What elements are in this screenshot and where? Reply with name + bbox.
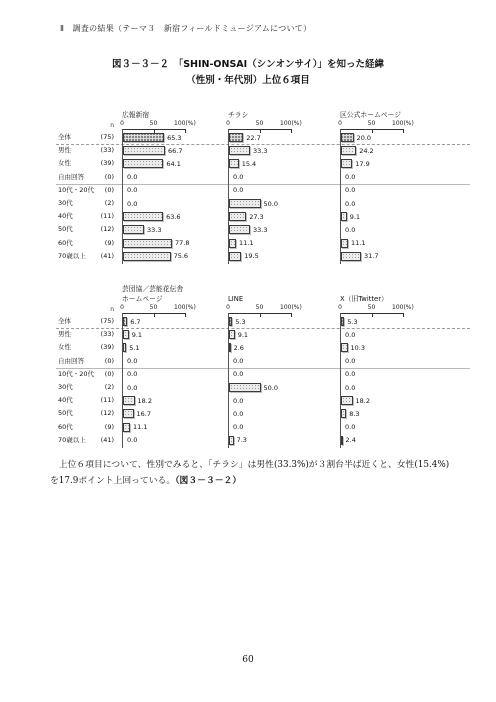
axis-tick-label-50: 50	[252, 120, 268, 127]
bar-value-label: 0.0	[127, 186, 137, 195]
bar	[229, 383, 261, 392]
axis-tick	[291, 314, 292, 317]
bar	[229, 225, 250, 234]
bar-value-label: 0.0	[127, 436, 137, 445]
bar-value-label: 0.0	[345, 226, 355, 235]
bar	[229, 239, 236, 248]
figure-reference: （図３－３－２）	[175, 476, 241, 486]
axis-tick-label-0: 0	[336, 304, 344, 311]
n-value: (11)	[90, 394, 114, 407]
bar-value-label: 0.0	[233, 397, 243, 406]
bar-value-label: 0.0	[345, 357, 355, 366]
bar-value-label: 2.6	[234, 344, 244, 353]
bar	[123, 225, 144, 234]
bar-value-label: 77.8	[175, 239, 189, 248]
bar	[229, 436, 234, 445]
report-page: Ⅱ 調査の結果（テーマ３ 新宿フィールドミュージアムについて） 図３－３－２ 「…	[0, 0, 496, 702]
bar-value-label: 64.1	[166, 160, 180, 169]
bar	[229, 212, 246, 221]
bar-value-label: 10.3	[351, 344, 365, 353]
group-separator-dashed	[56, 144, 470, 145]
bar-value-label: 5.3	[235, 318, 245, 327]
charts-grid: n全体(75)男性(33)女性(39)自由回答(0)10代・20代(0)30代(…	[0, 0, 496, 702]
bar	[123, 343, 126, 352]
axis-tick-label-100: 100(%)	[392, 304, 426, 311]
bar-value-label: 0.0	[233, 370, 243, 379]
group-separator-solid	[56, 184, 470, 185]
bar-value-label: 0.0	[345, 384, 355, 393]
group-separator-solid	[56, 368, 470, 369]
axis-tick-label-0: 0	[224, 120, 232, 127]
bar-value-label: 0.0	[345, 423, 355, 432]
bar-value-label: 15.4	[242, 160, 256, 169]
bar-value-label: 5.1	[129, 344, 139, 353]
bar	[229, 146, 250, 155]
bar-value-label: 9.1	[132, 331, 142, 340]
bar-value-label: 0.0	[127, 384, 137, 393]
chart-title: 区公式ホームページ	[340, 100, 401, 120]
n-value: (33)	[90, 144, 114, 157]
bar-value-label: 75.6	[174, 252, 188, 261]
chart-title-line: ホームページ	[122, 295, 183, 305]
bar-value-label: 0.0	[233, 423, 243, 432]
bar	[341, 396, 353, 405]
bar-value-label: 9.1	[350, 213, 360, 222]
bar-value-label: 0.0	[345, 173, 355, 182]
bar	[123, 146, 165, 155]
bar-value-label: 5.3	[347, 318, 357, 327]
axis-tick-label-0: 0	[224, 304, 232, 311]
bar	[123, 133, 164, 142]
bar	[341, 146, 356, 155]
chart-title-line: 区公式ホームページ	[340, 111, 401, 121]
bar-value-label: 0.0	[345, 186, 355, 195]
bar-value-label: 2.4	[346, 436, 356, 445]
bar-value-label: 0.0	[233, 357, 243, 366]
bar-value-label: 0.0	[233, 173, 243, 182]
bar-value-label: 6.7	[130, 318, 140, 327]
body-paragraph-line1: 上位６項目について、性別でみると、「チラシ」は男性(33.3%)が３割台半ば近く…	[50, 457, 490, 473]
bar-value-label: 17.9	[355, 160, 369, 169]
bar-value-label: 16.7	[137, 410, 151, 419]
bar	[341, 212, 347, 221]
axis-tick-label-100: 100(%)	[280, 120, 314, 127]
bar-value-label: 11.1	[133, 423, 147, 432]
n-value: (41)	[90, 250, 114, 263]
axis-tick-label-50: 50	[364, 304, 380, 311]
chart-title-line: X（旧Twitter）	[340, 295, 388, 305]
bar	[229, 159, 239, 168]
bar	[229, 317, 232, 326]
bar	[341, 239, 348, 248]
axis-tick	[185, 130, 186, 133]
axis-tick-label-100: 100(%)	[392, 120, 426, 127]
axis-tick	[403, 314, 404, 317]
bar-value-label: 11.1	[239, 239, 253, 248]
bar-value-label: 0.0	[345, 370, 355, 379]
bar-value-label: 8.3	[349, 410, 359, 419]
n-value: (9)	[90, 421, 114, 434]
axis-tick	[291, 130, 292, 133]
n-value: (75)	[90, 131, 114, 144]
bar	[123, 396, 135, 405]
chart-title: 芸団協／芸能花伝舎ホームページ	[122, 284, 183, 304]
n-value: (2)	[90, 197, 114, 210]
bar-value-label: 33.3	[253, 147, 267, 156]
axis-tick-label-50: 50	[146, 120, 162, 127]
n-value: (75)	[90, 315, 114, 328]
bar	[123, 239, 172, 248]
page-number: 60	[0, 655, 496, 665]
axis-tick-label-100: 100(%)	[174, 120, 208, 127]
bar	[123, 317, 127, 326]
bar	[341, 252, 361, 261]
bar-value-label: 0.0	[127, 370, 137, 379]
axis-tick	[403, 130, 404, 133]
bar-value-label: 18.2	[138, 397, 152, 406]
bar	[123, 212, 163, 221]
bar	[229, 343, 231, 352]
bar-value-label: 0.0	[127, 173, 137, 182]
bar	[123, 423, 130, 432]
bar	[341, 409, 346, 418]
group-separator-dashed	[56, 328, 470, 329]
axis-tick	[260, 314, 261, 317]
bar-value-label: 31.7	[364, 252, 378, 261]
bar-value-label: 27.3	[249, 213, 263, 222]
axis-tick	[185, 314, 186, 317]
axis-tick	[372, 314, 373, 317]
n-column-header: n	[92, 122, 114, 129]
n-value: (11)	[90, 210, 114, 223]
n-value: (39)	[90, 341, 114, 354]
bar	[341, 133, 354, 142]
bar-value-label: 11.1	[351, 239, 365, 248]
bar	[123, 330, 129, 339]
bar	[341, 317, 344, 326]
bar	[123, 252, 171, 261]
bar-value-label: 0.0	[127, 357, 137, 366]
axis-vertical-line	[340, 313, 341, 448]
axis-tick-label-0: 0	[336, 120, 344, 127]
bar-value-label: 0.0	[127, 200, 137, 209]
chart-title-line: チラシ	[228, 111, 248, 121]
bar-value-label: 33.3	[147, 226, 161, 235]
body-paragraph-line2-text: を17.9ポイント上回っている。	[50, 476, 175, 486]
bar	[229, 133, 243, 142]
n-column-header: n	[92, 306, 114, 313]
chart-title: チラシ	[228, 100, 248, 120]
n-value: (9)	[90, 237, 114, 250]
chart-title-line: LINE	[228, 295, 243, 305]
chart-title: LINE	[228, 284, 243, 304]
n-value: (41)	[90, 434, 114, 447]
bar-value-label: 7.3	[237, 436, 247, 445]
chart-title-line: 広報新宿	[122, 111, 149, 121]
bar-value-label: 0.0	[233, 410, 243, 419]
n-value: (12)	[90, 223, 114, 236]
chart-title-line: 芸団協／芸能花伝舎	[122, 285, 183, 295]
bar-value-label: 20.0	[357, 134, 371, 143]
bar-value-label: 33.3	[253, 226, 267, 235]
bar-value-label: 66.7	[168, 147, 182, 156]
chart-block-row-1: n全体(75)男性(33)女性(39)自由回答(0)10代・20代(0)30代(…	[0, 100, 496, 266]
bar	[341, 343, 348, 352]
axis-tick-label-0: 0	[118, 304, 126, 311]
bar	[123, 159, 163, 168]
bar-value-label: 0.0	[345, 200, 355, 209]
bar-value-label: 19.5	[244, 252, 258, 261]
axis-tick	[372, 130, 373, 133]
bar	[123, 409, 134, 418]
bar	[341, 159, 352, 168]
axis-tick-label-50: 50	[252, 304, 268, 311]
bar-value-label: 0.0	[345, 331, 355, 340]
bar	[341, 436, 343, 445]
bar-value-label: 18.2	[356, 397, 370, 406]
bar	[229, 330, 235, 339]
chart-title: X（旧Twitter）	[340, 284, 388, 304]
bar-value-label: 0.0	[233, 186, 243, 195]
axis-tick-label-0: 0	[118, 120, 126, 127]
bar-value-label: 22.7	[246, 134, 260, 143]
bar-value-label: 50.0	[264, 200, 278, 209]
bar	[229, 252, 241, 261]
axis-tick-label-50: 50	[146, 304, 162, 311]
bar-value-label: 9.1	[238, 331, 248, 340]
bar-value-label: 50.0	[264, 384, 278, 393]
n-value: (0)	[90, 171, 114, 184]
n-value: (0)	[90, 368, 114, 381]
axis-tick-label-100: 100(%)	[280, 304, 314, 311]
n-value: (12)	[90, 407, 114, 420]
axis-tick-label-100: 100(%)	[174, 304, 208, 311]
n-value: (33)	[90, 328, 114, 341]
n-value: (0)	[90, 355, 114, 368]
bar-value-label: 65.3	[167, 134, 181, 143]
n-value: (39)	[90, 157, 114, 170]
bar-value-label: 24.2	[359, 147, 373, 156]
bar-value-label: 63.6	[166, 213, 180, 222]
chart-block-row-2: n全体(75)男性(33)女性(39)自由回答(0)10代・20代(0)30代(…	[0, 284, 496, 450]
axis-tick	[154, 314, 155, 317]
chart-title: 広報新宿	[122, 100, 149, 120]
n-value: (0)	[90, 184, 114, 197]
n-value: (2)	[90, 381, 114, 394]
bar	[229, 199, 261, 208]
body-paragraph-line2: を17.9ポイント上回っている。（図３－３－２）	[50, 473, 490, 489]
axis-tick-label-50: 50	[364, 120, 380, 127]
body-paragraph: 上位６項目について、性別でみると、「チラシ」は男性(33.3%)が３割台半ば近く…	[50, 457, 490, 489]
